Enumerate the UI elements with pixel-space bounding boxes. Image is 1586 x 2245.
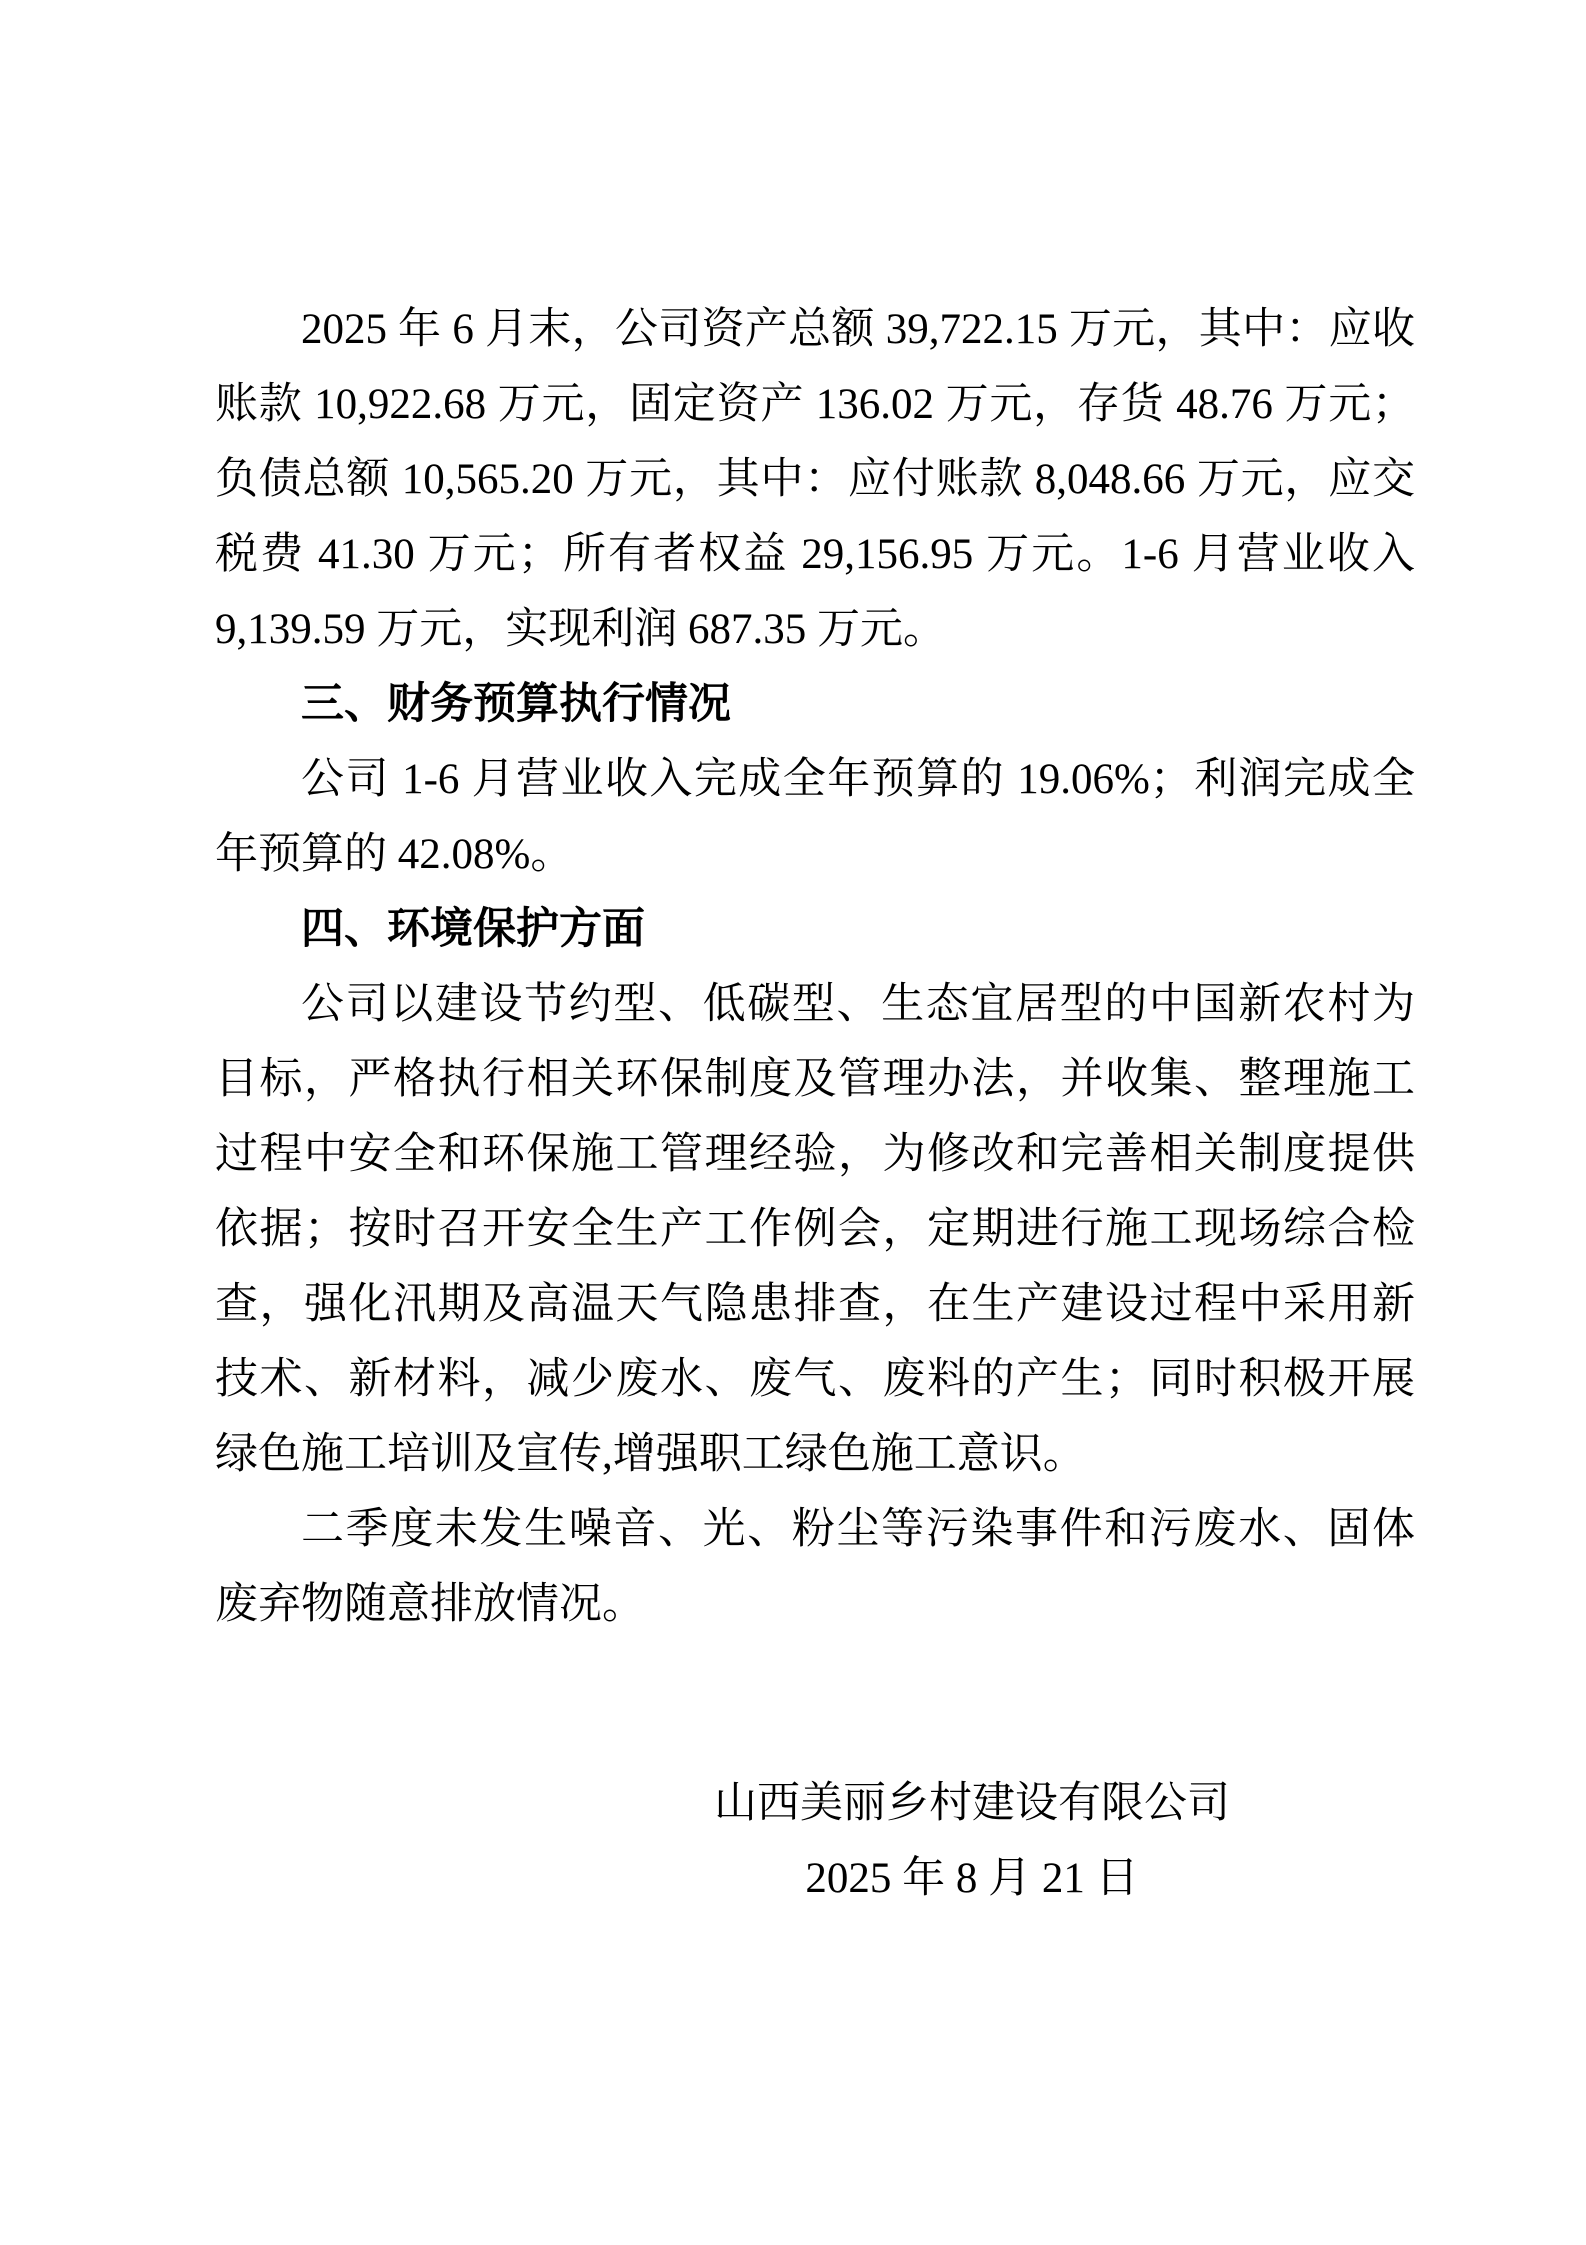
heading-budget-execution: 三、财务预算执行情况 bbox=[215, 667, 1415, 742]
paragraph-budget-execution: 公司 1-6 月营业收入完成全年预算的 19.06%；利润完成全年预算的 42.… bbox=[215, 742, 1415, 892]
paragraph-environmental-measures: 公司以建设节约型、低碳型、生态宜居型的中国新农村为目标，严格执行相关环保制度及管… bbox=[215, 967, 1415, 1492]
document-page: 2025 年 6 月末，公司资产总额 39,722.15 万元，其中：应收账款 … bbox=[0, 0, 1586, 2245]
signature-company-name: 山西美丽乡村建设有限公司 bbox=[529, 1766, 1415, 1841]
paragraph-pollution-incidents: 二季度未发生噪音、光、粉尘等污染事件和污废水、固体废弃物随意排放情况。 bbox=[215, 1492, 1415, 1642]
heading-environmental-protection: 四、环境保护方面 bbox=[215, 892, 1415, 967]
paragraph-financial-position: 2025 年 6 月末，公司资产总额 39,722.15 万元，其中：应收账款 … bbox=[215, 292, 1415, 667]
signature-date: 2025 年 8 月 21 日 bbox=[529, 1841, 1415, 1916]
signature-block: 山西美丽乡村建设有限公司 2025 年 8 月 21 日 bbox=[215, 1766, 1415, 1916]
